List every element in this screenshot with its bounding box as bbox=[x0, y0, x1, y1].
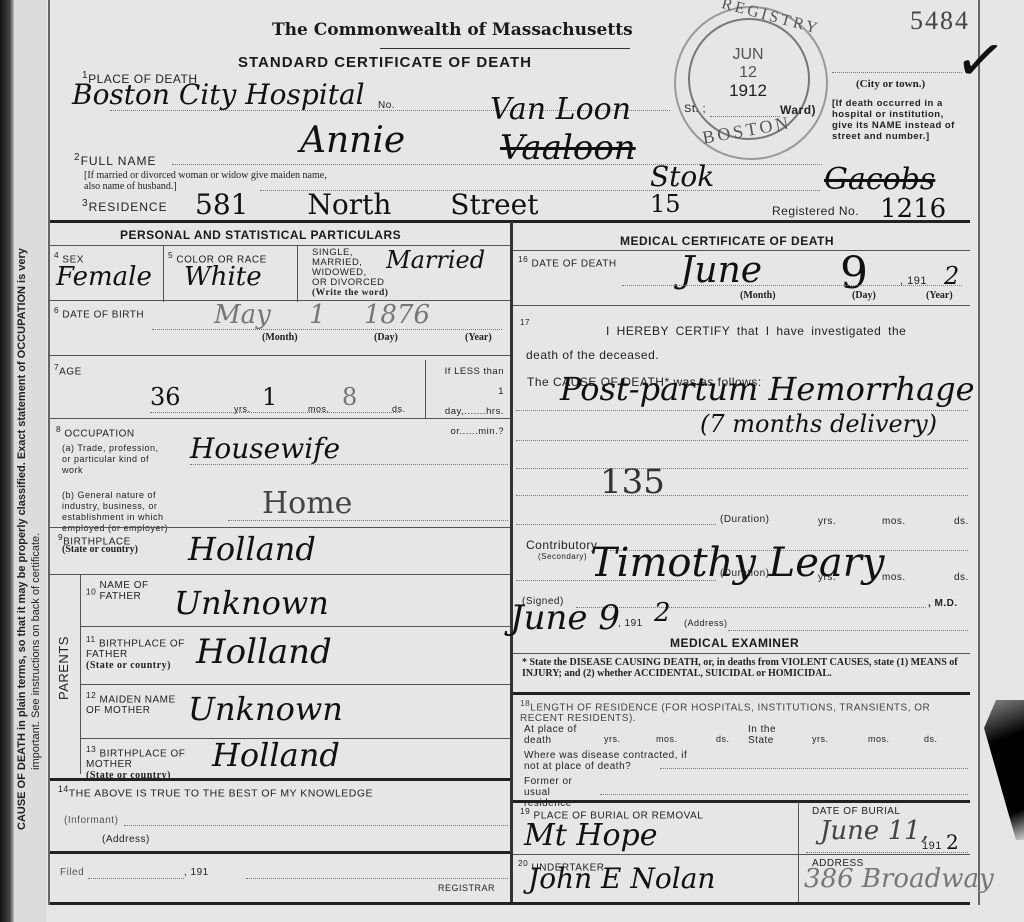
parents-label: PARENTS bbox=[56, 636, 71, 700]
medical-examiner-title: MEDICAL EXAMINER bbox=[670, 636, 799, 650]
filed-year: , 191 bbox=[184, 867, 209, 878]
secondary-duration-label: (Duration) bbox=[720, 568, 769, 579]
former-residence-label: Former or usual residence bbox=[524, 776, 594, 809]
street-number-label: No. bbox=[378, 100, 395, 111]
dob-month-label: (Month) bbox=[262, 332, 298, 343]
burial-year-suffix: 2 bbox=[946, 830, 959, 854]
burial-year-prefix: 191 bbox=[922, 840, 942, 852]
stamp-day: 12 bbox=[718, 64, 778, 82]
at-place-ds: ds. bbox=[716, 734, 730, 744]
age-months: 1 bbox=[262, 383, 277, 411]
burial-place-value: Mt Hope bbox=[524, 818, 658, 853]
less-than-day-box: If LESS than1 day,.......hrs.or......min… bbox=[438, 362, 504, 442]
full-name-surname-struck: Vaaloon bbox=[500, 128, 636, 168]
length-of-residence-label: 18LENGTH OF RESIDENCE (FOR HOSPITALS, IN… bbox=[520, 698, 966, 724]
paper-edge-shadow bbox=[984, 700, 1024, 840]
age-days: 8 bbox=[342, 383, 357, 411]
marital-status-label: SINGLE,MARRIED,WIDOWED,OR DIVORCED (Writ… bbox=[312, 248, 388, 298]
mother-name-value: Unknown bbox=[188, 690, 343, 728]
informant-label: (Informant) bbox=[64, 815, 118, 826]
personal-section-title: PERSONAL AND STATISTICAL PARTICULARS bbox=[120, 228, 401, 242]
primary-yrs-label: yrs. bbox=[818, 516, 836, 527]
field-17-number: 17 bbox=[520, 318, 530, 327]
secondary-ds-label: ds. bbox=[954, 572, 969, 583]
mother-name-label: 12 MAIDEN NAME OF MOTHER bbox=[86, 690, 176, 716]
undertaker-value: John E Nolan bbox=[528, 862, 715, 895]
commonwealth-heading: The Commonwealth of Massachusetts bbox=[272, 20, 633, 40]
full-name-surname-corrected: Van Loon bbox=[490, 92, 631, 127]
primary-ds-label: ds. bbox=[954, 516, 969, 527]
primary-duration-label: (Duration) bbox=[720, 514, 769, 525]
primary-mos-label: mos. bbox=[882, 516, 906, 527]
sidebar-instruction-line2: important. See instructions on back of c… bbox=[30, 533, 42, 770]
dod-year-label: (Year) bbox=[926, 290, 953, 301]
age-years: 36 bbox=[150, 383, 181, 411]
place-of-death-value: Boston City Hospital bbox=[72, 78, 365, 111]
father-birthplace-label: 11 BIRTHPLACE OF FATHER(State or country… bbox=[86, 634, 186, 671]
signed-year-prefix: , 191 bbox=[618, 618, 643, 629]
mother-birthplace-value: Holland bbox=[212, 736, 340, 774]
stamp-year: 1912 bbox=[718, 82, 778, 100]
date-of-birth-label: 6 DATE OF BIRTH bbox=[54, 305, 144, 320]
cause-of-death-line2: (7 months delivery) bbox=[700, 410, 937, 438]
occupation-label: 8 OCCUPATION bbox=[56, 424, 135, 439]
md-label: , M.D. bbox=[928, 598, 958, 609]
date-of-death-year-prefix: , 191 bbox=[900, 275, 927, 287]
in-state-ds: ds. bbox=[924, 734, 938, 744]
contributory-label: Contributory bbox=[526, 538, 597, 552]
residence-label: 3RESIDENCE bbox=[82, 198, 168, 214]
full-name-first: Annie bbox=[300, 120, 405, 161]
secondary-mos-label: mos. bbox=[882, 572, 906, 583]
informant-address-label: (Address) bbox=[102, 834, 150, 845]
birthplace-value: Holland bbox=[188, 530, 316, 568]
sidebar-instruction-line1: CAUSE OF DEATH in plain terms, so that i… bbox=[16, 10, 28, 830]
certify-text-2: death of the deceased. bbox=[526, 348, 659, 362]
stamp-month: JUN bbox=[718, 46, 778, 64]
at-place-label: At place of death bbox=[524, 724, 584, 746]
check-mark-icon: ✓ bbox=[950, 23, 1010, 99]
mother-birthplace-label: 13 BIRTHPLACE OF MOTHER(State or country… bbox=[86, 744, 186, 781]
date-of-death-year-suffix: 2 bbox=[944, 262, 959, 290]
age-label: 7AGE bbox=[54, 362, 82, 377]
father-name-label: 10 NAME OF FATHER bbox=[86, 580, 160, 602]
residence-value: 581 North Street bbox=[195, 188, 538, 221]
occupation-trade-label: (a) Trade, profession, or particular kin… bbox=[62, 443, 162, 476]
dod-month-label: (Month) bbox=[740, 290, 776, 301]
dob-day-label: (Day) bbox=[374, 332, 398, 343]
city-town-label: (City or town.) bbox=[856, 78, 925, 90]
father-name-value: Unknown bbox=[174, 584, 329, 622]
date-of-birth-value: May 1 1876 bbox=[214, 300, 430, 330]
signed-year-suffix: 2 bbox=[654, 598, 671, 628]
hospital-note: [If death occurred in a hospital or inst… bbox=[832, 98, 962, 142]
in-state-label: In the State bbox=[748, 724, 804, 746]
full-name-label: 2FULL NAME bbox=[74, 152, 156, 168]
binding-shadow bbox=[0, 0, 14, 922]
in-state-yrs: yrs. bbox=[812, 734, 829, 744]
dod-day-label: (Day) bbox=[852, 290, 876, 301]
occupation-trade-value: Housewife bbox=[190, 432, 340, 465]
date-of-death-label: 16 DATE OF DEATH bbox=[518, 254, 617, 269]
cause-footnote: * State the DISEASE CAUSING DEATH, or, i… bbox=[522, 657, 968, 679]
at-place-mos: mos. bbox=[656, 734, 678, 744]
in-state-mos: mos. bbox=[868, 734, 890, 744]
marital-status-value: Married bbox=[386, 246, 485, 274]
sex-value: Female bbox=[56, 262, 152, 292]
birthplace-sub: (State or country) bbox=[62, 544, 138, 555]
dob-year-label: (Year) bbox=[465, 332, 492, 343]
burial-date-value: June 11, bbox=[820, 816, 929, 846]
undertaker-address-value: 386 Broadway bbox=[804, 864, 994, 894]
registered-number-label: Registered No. bbox=[772, 204, 859, 218]
residence-ward: 15 bbox=[650, 190, 681, 218]
ward-label: Ward) bbox=[780, 103, 816, 117]
secondary-yrs-label: yrs. bbox=[818, 572, 836, 583]
stamp-date: JUN 12 1912 bbox=[718, 46, 778, 100]
signed-date: June 9 bbox=[510, 598, 620, 638]
certificate-title: STANDARD CERTIFICATE OF DEATH bbox=[238, 54, 532, 71]
registrar-label: REGISTRAR bbox=[438, 883, 495, 893]
at-place-yrs: yrs. bbox=[604, 734, 621, 744]
maiden-name-value: Stok bbox=[650, 160, 714, 193]
filed-label: Filed bbox=[60, 867, 84, 878]
color-race-value: White bbox=[184, 262, 262, 292]
street-label: St. ; bbox=[684, 103, 706, 115]
cause-of-death-line1: Post-partum Hemorrhage bbox=[560, 370, 975, 408]
instruction-sidebar: CAUSE OF DEATH in plain terms, so that i… bbox=[0, 0, 46, 922]
registrar-handwriting: Gacobs bbox=[824, 162, 935, 197]
examiner-address-label: (Address) bbox=[684, 618, 728, 628]
certify-text: I HEREBY CERTIFY that I have investigate… bbox=[606, 324, 906, 338]
secondary-label: (Secondary) bbox=[538, 552, 587, 561]
father-birthplace-value: Holland bbox=[196, 632, 332, 672]
medical-section-title: MEDICAL CERTIFICATE OF DEATH bbox=[620, 234, 834, 248]
informant-heading: 14THE ABOVE IS TRUE TO THE BEST OF MY KN… bbox=[58, 784, 373, 800]
occupation-industry-value: Home bbox=[262, 486, 352, 521]
